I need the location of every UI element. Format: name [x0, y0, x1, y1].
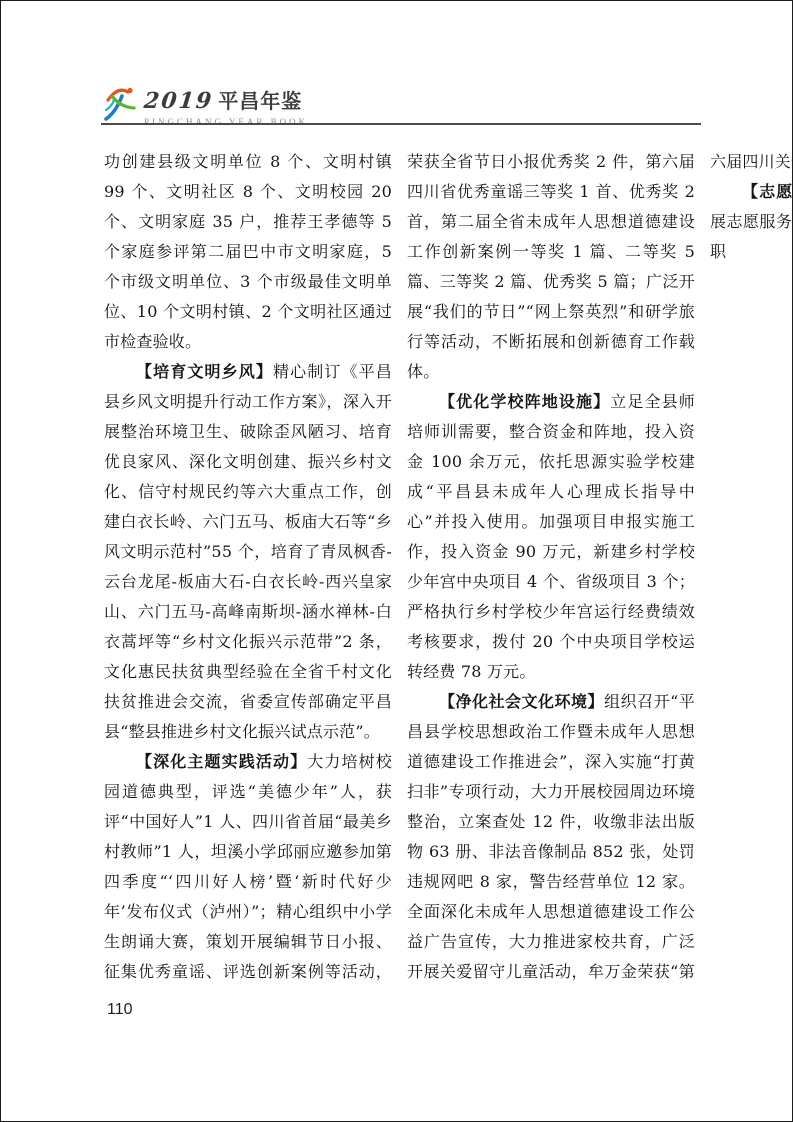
logo-year: 2019: [143, 88, 215, 114]
logo-text-block: 2019 平昌年鉴 PINGCHANG YEAR BOOK: [144, 85, 308, 127]
paragraph-zhiyuan-fuwu: 【志愿服务】制订《关于支持和发展志愿服务组织的实施意见》，强化部门职: [710, 177, 793, 267]
paragraph-youhua-xuexiao-zhendi: 【优化学校阵地设施】立足全县师培师训需要，整合资金和阵地，投入资金 100 余万…: [407, 387, 695, 687]
header-rule: [101, 123, 701, 125]
paragraph-heading: 【培育文明乡风】: [136, 362, 273, 381]
page-number: 110: [107, 1001, 133, 1019]
page-header: 2019 平昌年鉴 PINGCHANG YEAR BOOK: [101, 85, 308, 127]
paragraph-heading: 【深化主题实践活动】: [136, 752, 307, 771]
paragraph-heading: 【志愿服务】: [742, 182, 793, 201]
logo-title-cn: 平昌年鉴: [218, 85, 302, 114]
paragraph-text: 功创建县级文明单位 8 个、文明村镇 99 个、文明社区 8 个、文明校园 20…: [104, 152, 392, 351]
paragraph-text: 立足全县师培师训需要，整合资金和阵地，投入资金 100 余万元，依托思源实验学校…: [407, 392, 695, 681]
paragraph-heading: 【净化社会文化环境】: [439, 692, 604, 711]
paragraph-continuation: 功创建县级文明单位 8 个、文明村镇 99 个、文明社区 8 个、文明校园 20…: [104, 147, 392, 357]
logo-subtitle-en: PINGCHANG YEAR BOOK: [144, 117, 308, 127]
paragraph-text: 精心制订《平昌县乡风文明提升行动工作方案》，深入开展整治环境卫生、破除歪风陋习、…: [104, 362, 392, 741]
paragraph-peiyu-wenming-xiangfeng: 【培育文明乡风】精心制订《平昌县乡风文明提升行动工作方案》，深入开展整治环境卫生…: [104, 357, 392, 747]
yearbook-logo-figure-icon: [101, 83, 139, 123]
paragraph-heading: 【优化学校阵地设施】: [439, 392, 610, 411]
yearbook-page: 2019 平昌年鉴 PINGCHANG YEAR BOOK 功创建县级文明单位 …: [0, 0, 793, 1122]
article-body: 功创建县级文明单位 8 个、文明村镇 99 个、文明社区 8 个、文明校园 20…: [104, 147, 695, 993]
